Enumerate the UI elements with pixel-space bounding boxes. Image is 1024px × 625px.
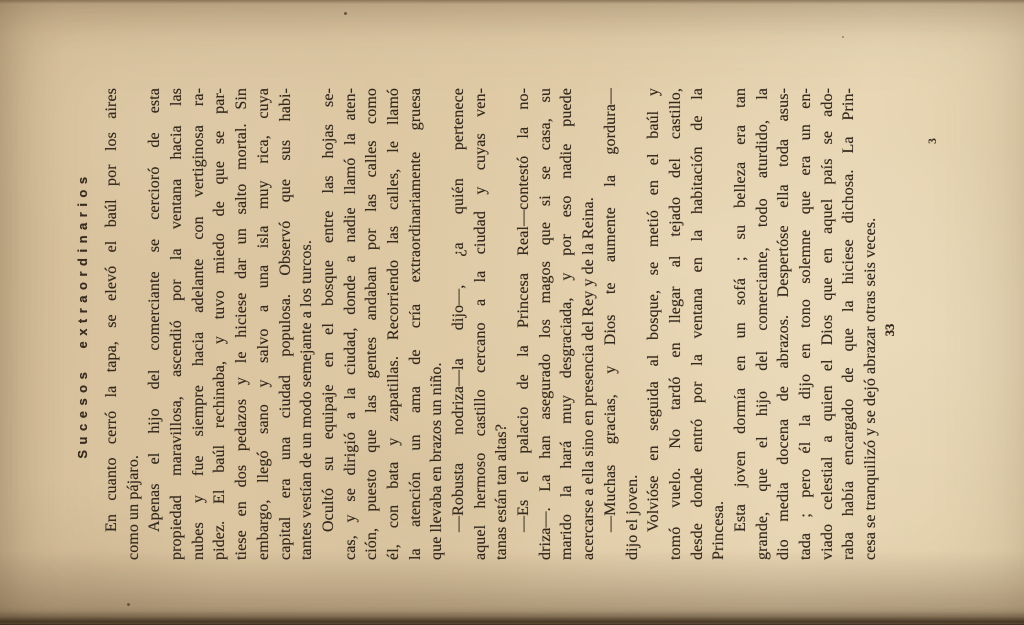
- text-line: viado celestial a quien el Dios que en a…: [817, 88, 839, 560]
- page-number: 33: [883, 88, 898, 560]
- text-line: pidez. El baúl rechinaba, y tuvo miedo d…: [209, 88, 231, 560]
- text-line: tomó vuelo. No tardó en llegar al tejado…: [665, 88, 687, 560]
- text-line: —Robusta nodriza—la dijo—, ¿a quién pert…: [448, 88, 470, 560]
- text-line: Ocultó su equipaje en el bosque entre la…: [318, 88, 340, 560]
- text-line: Esta joven dormía en un sofá ; su bellez…: [730, 88, 752, 560]
- text-line: desde donde entró por la ventana en la h…: [687, 88, 709, 560]
- text-line: raba había encargado de que la hiciese d…: [838, 88, 860, 560]
- text-line: nubes y fue siempre hacia adelante con v…: [188, 88, 210, 560]
- text-line: tada ; pero él la dijo en tono solemne q…: [795, 88, 817, 560]
- text-line: Princesa.: [708, 88, 730, 560]
- text-block: En cuanto cerró la tapa, se elevó el baú…: [101, 88, 882, 560]
- text-line: En cuanto cerró la tapa, se elevó el baú…: [101, 88, 123, 560]
- text-line: Volvióse en seguida al bosque, se metió …: [643, 88, 665, 560]
- book-page: Sucesos extraordinarios En cuanto cerró …: [0, 0, 1024, 625]
- signature-mark: 3: [926, 131, 940, 151]
- scanned-book-page-photo: Sucesos extraordinarios En cuanto cerró …: [0, 0, 1024, 625]
- text-line: marido la hará muy desgraciada, y por es…: [556, 88, 578, 560]
- text-line: —Muchas gracias, y Dios te aumente la go…: [600, 88, 622, 560]
- text-line: la atención un ama de cría extraordinari…: [405, 88, 427, 560]
- text-line: dijo el joven.: [622, 88, 644, 560]
- text-line: tiese en dos pedazos y le hiciese dar un…: [231, 88, 253, 560]
- text-line: propiedad maravillosa, ascendió por la v…: [166, 88, 188, 560]
- text-line: tantes vestían de un modo semejante a lo…: [296, 88, 318, 560]
- text-line: que llevaba en brazos un niño.: [426, 88, 448, 560]
- text-line: cesa se tranquilizó y se dejó abrazar ot…: [860, 88, 882, 560]
- text-line: —Es el palacio de la Princesa Real—conte…: [513, 88, 535, 560]
- text-line: driza—. La han asegurado los magos que s…: [535, 88, 557, 560]
- text-line: aquel hermoso castillo cercano a la ciud…: [470, 88, 492, 560]
- text-line: embargo, llegó sano y salvo a una isla m…: [253, 88, 275, 560]
- text-line: dio media docena de abrazos. Despertóse …: [773, 88, 795, 560]
- text-line: tanas están tan altas?: [491, 88, 513, 560]
- running-head: Sucesos extraordinarios: [74, 88, 92, 560]
- text-line: capital era una ciudad populosa. Observó…: [275, 88, 297, 560]
- text-line: ción, puesto que las gentes andaban por …: [361, 88, 383, 560]
- text-line: cas, y se dirigió a la ciudad, donde a n…: [340, 88, 362, 560]
- text-line: él, con bata y zapatillas. Recorriendo l…: [383, 88, 405, 560]
- text-line: como un pájaro.: [123, 88, 145, 560]
- text-line: grande, que el hijo del comerciante, tod…: [752, 88, 774, 560]
- text-line: acercarse a ella sino en presencia del R…: [578, 88, 600, 560]
- text-line: Apenas el hijo del comerciante se cercio…: [144, 88, 166, 560]
